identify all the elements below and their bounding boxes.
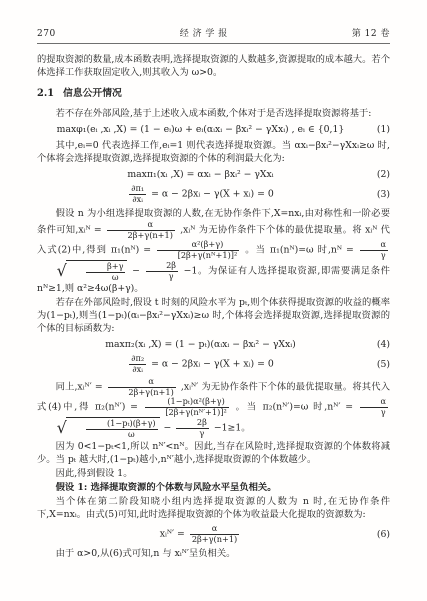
equation-2: maxπ₁(xᵢ ,X) = αxᵢ − βxᵢ² − γXxᵢ (2) xyxy=(37,168,390,181)
fraction: α²(β+γ)[2β+γ(nᴺ+1)]² xyxy=(157,240,239,260)
equation-number: (5) xyxy=(364,358,390,371)
paragraph-intro-continuation: 的提取资源的数量,成本函数表明,选择提取资源的人数越多,资源提取的成本越大。若个… xyxy=(37,53,390,79)
paragraph-nash: 假设 n 为小组选择提取资源的人数,在无协作条件下,X=nxᵢ,由对称性和一阶必… xyxy=(37,207,390,295)
equation-body: ∂π₁∂xᵢ = α − 2βxᵢ − γ(X + xᵢ) = 0 xyxy=(37,184,364,204)
equation-body: maxφ₁(eᵢ ,xᵢ ,X) = (1 − eᵢ)ω + eᵢ(αᵢxᵢ −… xyxy=(37,123,364,136)
fraction: (1−pₜ)(β+γ)ω xyxy=(86,419,157,439)
hypothesis-label: 假设 1: xyxy=(56,482,91,493)
equation-number: (6) xyxy=(364,528,390,541)
fraction: 2βγ xyxy=(176,418,209,438)
equation-1: maxφ₁(eᵢ ,xᵢ ,X) = (1 − eᵢ)ω + eᵢ(αᵢxᵢ −… xyxy=(37,123,390,136)
paragraph-risk: 若存在外部风险时,假设 t 时刻的风险水平为 pₜ,则个体获得提取资源的收益的概… xyxy=(37,296,390,335)
fraction: αγ xyxy=(360,397,388,417)
hypothesis-text: 选择提取资源的个体数与风险水平呈负相关。 xyxy=(91,482,277,493)
page-header: 270 经 济 学 报 第 12 卷 xyxy=(37,26,390,44)
equation-body: xᵢᴺ′ = α2β+γ(n+1) xyxy=(37,524,364,544)
page-number: 270 xyxy=(37,29,56,39)
section-number: 2.1 xyxy=(37,88,54,99)
paragraph-risk-free: 若不存在外部风险,基于上述收入成本函数,个体对于是否选择提取资源将基于: xyxy=(37,107,390,120)
fraction: ∂π₂∂xᵢ xyxy=(129,354,146,374)
fraction: ∂π₁∂xᵢ xyxy=(129,184,146,204)
hypothesis-1: 假设 1: 选择提取资源的个体数与风险水平呈负相关。 xyxy=(37,481,390,494)
fraction: (1−pₜ)α²(β+γ)[2β+γ(nᴺ′+1)]² xyxy=(145,397,229,417)
journal-title: 经 济 学 报 xyxy=(180,26,228,39)
journal-page: 270 经 济 学 报 第 12 卷 的提取资源的数量,成本函数表明,选择提取资… xyxy=(0,0,427,601)
equation-6: xᵢᴺ′ = α2β+γ(n+1) (6) xyxy=(37,524,390,544)
square-root: √(1−pₜ)(β+γ)ω xyxy=(38,417,160,439)
fraction: αγ xyxy=(360,240,388,260)
paragraph-compare: 因为 0<1−pₜ<1,所以 nᴺ′<nᴺ。因此,当存在风险时,选择提取资源的个… xyxy=(37,440,390,466)
radical-sign-icon: √ xyxy=(38,420,67,436)
equation-body: maxπ₂(xᵢ ,X) = (1 − pₜ)(αᵢxᵢ − βxᵢ² − γX… xyxy=(37,338,364,351)
volume-label: 第 12 卷 xyxy=(352,26,390,39)
equation-body: ∂π₂∂xᵢ = α − 2βxᵢ − γ(X + xᵢ) = 0 xyxy=(37,354,364,374)
equation-number: (1) xyxy=(364,123,390,136)
equation-body: maxπ₁(xᵢ ,X) = αxᵢ − βxᵢ² − γXxᵢ xyxy=(37,168,364,181)
paragraph-choice: 其中,eᵢ=0 代表选择工作,eᵢ=1 则代表选择提取资源。当 αxᵢ−βxᵢ²… xyxy=(37,139,390,165)
square-root: √β+γω xyxy=(38,260,127,282)
page-body: 的提取资源的数量,成本函数表明,选择提取资源的人数越多,资源提取的成本越大。若个… xyxy=(37,53,390,560)
equation-number: (2) xyxy=(364,168,390,181)
fraction: β+γω xyxy=(86,262,125,282)
equation-number: (3) xyxy=(364,188,390,201)
paragraph-stage2: 当个体在第二阶段知晓小组内选择提取资源的人数为 n 时,在无协作条件下,X=nx… xyxy=(37,495,390,521)
equation-5: ∂π₂∂xᵢ = α − 2βxᵢ − γ(X + xᵢ) = 0 (5) xyxy=(37,354,390,374)
section-title: 信息公开情况 xyxy=(63,88,122,99)
fraction: α2β+γ(n+1) xyxy=(108,377,176,397)
paragraph-final: 由于 α>0,从(6)式可知,n 与 xᵢᴺ′呈负相关。 xyxy=(37,547,390,560)
section-heading: 2.1信息公开情况 xyxy=(37,87,390,100)
fraction: α2β+γ(n+1) xyxy=(107,220,175,240)
paragraph-nash-risk: 同上,xᵢᴺ′ = α2β+γ(n+1) ,xᵢᴺ′ 为无协作条件下个体的最优提… xyxy=(37,377,390,439)
fraction: 2βγ xyxy=(146,261,179,281)
equation-3: ∂π₁∂xᵢ = α − 2βxᵢ − γ(X + xᵢ) = 0 (3) xyxy=(37,184,390,204)
equation-4: maxπ₂(xᵢ ,X) = (1 − pₜ)(αᵢxᵢ − βxᵢ² − γX… xyxy=(37,338,390,351)
paragraph-therefore: 因此,得到假设 1。 xyxy=(37,467,390,480)
fraction: α2β+γ(n+1) xyxy=(190,524,239,544)
radical-sign-icon: √ xyxy=(38,263,67,279)
equation-number: (4) xyxy=(364,338,390,351)
